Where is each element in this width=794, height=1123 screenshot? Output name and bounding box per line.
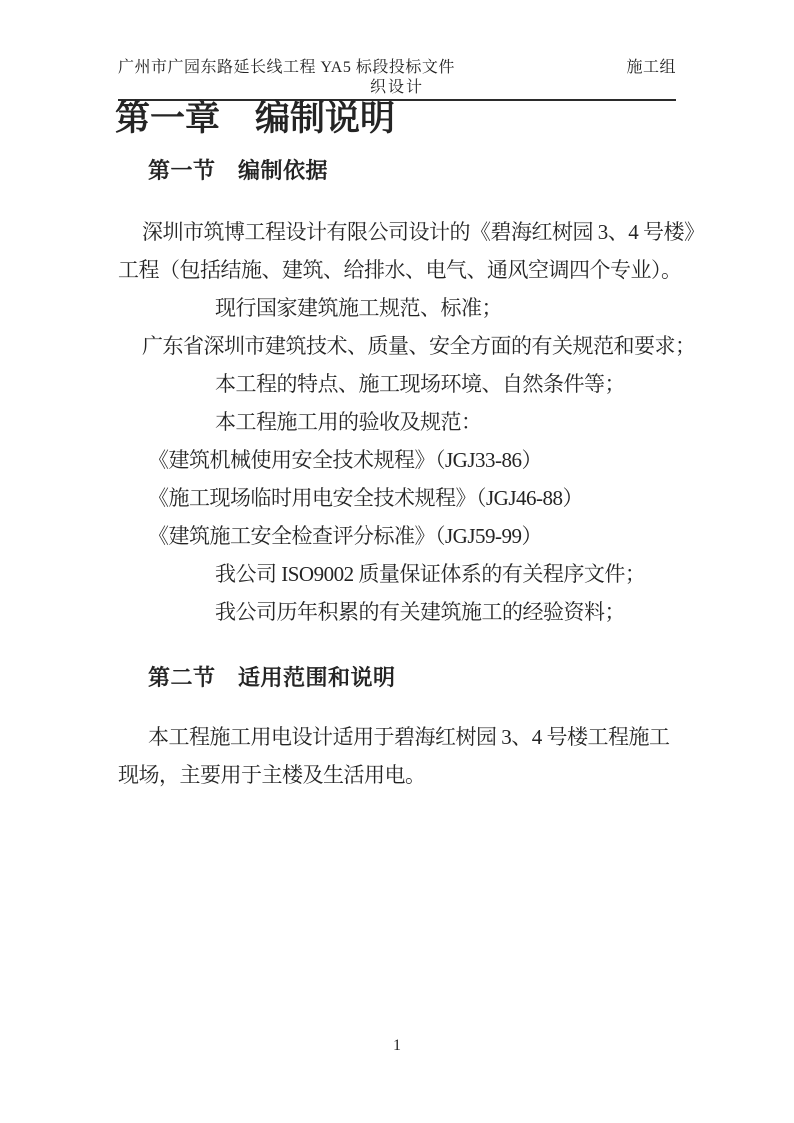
header-right-text: 施工组 xyxy=(626,57,676,78)
header-wrapped-text: 织设计 xyxy=(118,78,676,98)
section1-heading: 第一节 编制依据 xyxy=(148,158,328,184)
text-line: 广东省深圳市建筑技术、质量、安全方面的有关规范和要求； xyxy=(118,327,738,365)
text-line: 本工程施工用电设计适用于碧海红树园 3、4 号楼工程施工 xyxy=(118,718,738,756)
text-line: 我公司历年积累的有关建筑施工的经验资料； xyxy=(118,593,738,631)
section2-body: 本工程施工用电设计适用于碧海红树园 3、4 号楼工程施工 现场，主要用于主楼及生… xyxy=(118,718,738,794)
section1-body: 深圳市筑博工程设计有限公司设计的《碧海红树园 3、4 号楼》 工程（包括结施、建… xyxy=(118,213,738,631)
text-line: 现场，主要用于主楼及生活用电。 xyxy=(118,756,738,794)
text-line: 《施工现场临时用电安全技术规程》（JGJ46-88） xyxy=(118,479,738,517)
chapter-title: 第一章 编制说明 xyxy=(115,99,395,139)
header-line-1: 广州市广园东路延长线工程 YA5 标段投标文件 施工组 xyxy=(118,57,676,78)
text-line: 现行国家建筑施工规范、标准； xyxy=(118,289,738,327)
text-line: 工程（包括结施、建筑、给排水、电气、通风空调四个专业）。 xyxy=(118,251,738,289)
text-line: 深圳市筑博工程设计有限公司设计的《碧海红树园 3、4 号楼》 xyxy=(118,213,738,251)
text-line: 《建筑机械使用安全技术规程》（JGJ33-86） xyxy=(118,441,738,479)
text-line: 《建筑施工安全检查评分标准》（JGJ59-99） xyxy=(118,517,738,555)
text-line: 我公司 ISO9002 质量保证体系的有关程序文件； xyxy=(118,555,738,593)
text-line: 本工程的特点、施工现场环境、自然条件等； xyxy=(118,365,738,403)
header-doc-title: 广州市广园东路延长线工程 YA5 标段投标文件 xyxy=(118,57,455,78)
text-line: 本工程施工用的验收及规范： xyxy=(118,403,738,441)
page-number: 1 xyxy=(0,1036,794,1056)
document-page: 广州市广园东路延长线工程 YA5 标段投标文件 施工组 织设计 第一章 编制说明… xyxy=(0,0,794,1123)
page-header: 广州市广园东路延长线工程 YA5 标段投标文件 施工组 织设计 xyxy=(118,57,676,101)
section2-heading: 第二节 适用范围和说明 xyxy=(148,665,396,691)
